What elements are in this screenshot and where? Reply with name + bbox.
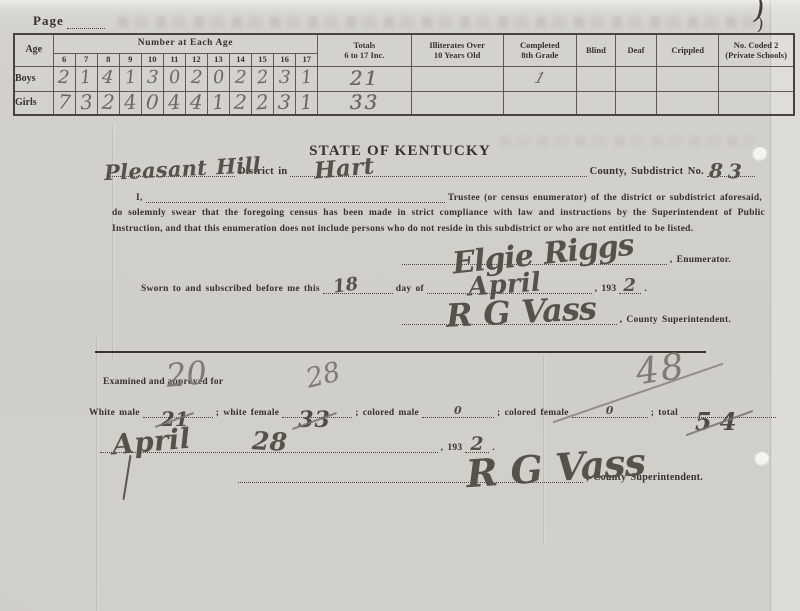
header-line: 8th Grade bbox=[504, 50, 576, 60]
age-col: 7 bbox=[75, 53, 97, 66]
age-count-cell: 2 bbox=[252, 66, 274, 91]
signature-descender-stroke bbox=[122, 455, 131, 500]
date-blank: April 28 bbox=[100, 441, 438, 453]
blind-cell bbox=[576, 91, 615, 115]
page-label: Page bbox=[30, 13, 67, 29]
header-line: (Private Schools) bbox=[719, 50, 793, 60]
handwritten-count: 1 bbox=[80, 69, 93, 88]
superintendent-line-bottom: R G Vass , County Superintendent. bbox=[238, 471, 706, 483]
colored-male-blank: 0 bbox=[422, 406, 494, 418]
age-count-cell: 3 bbox=[75, 91, 97, 115]
age-count-cell: 2 bbox=[53, 66, 75, 91]
age-count-cell: 0 bbox=[207, 66, 229, 91]
white-female-blank: 33 bbox=[282, 406, 352, 418]
header-line: Totals bbox=[318, 40, 410, 50]
col-header-age: Age bbox=[14, 34, 53, 66]
header-line: Illiterates Over bbox=[412, 40, 503, 50]
total-label: ; total bbox=[648, 408, 681, 418]
age-count-cell: 4 bbox=[185, 91, 207, 115]
approval-day-handwriting: 28 bbox=[251, 428, 288, 455]
page-number-row: Page bbox=[30, 13, 105, 29]
period: . bbox=[641, 284, 650, 294]
fold-line bbox=[96, 335, 97, 611]
row-label: Boys bbox=[14, 66, 53, 91]
year-digit-blank: 2 bbox=[619, 282, 641, 294]
handwritten-count: 4 bbox=[167, 91, 181, 112]
oath-i-label: I, bbox=[133, 193, 146, 203]
superintendent-label: , County Superintendent. bbox=[617, 315, 734, 325]
white-male-blank: 21 bbox=[143, 406, 213, 418]
blind-cell bbox=[576, 66, 615, 91]
handwritten-count: 0 bbox=[168, 69, 181, 88]
col-header-crippled: Crippled bbox=[657, 34, 719, 66]
handwritten-count: 3 bbox=[146, 69, 159, 88]
col-header-completed-8th: Completed8th Grade bbox=[503, 34, 576, 66]
day-of-label: day of bbox=[393, 284, 427, 294]
handwritten-count: 1 bbox=[299, 91, 313, 112]
handwritten-count: 0 bbox=[145, 91, 159, 112]
enumerator-label: , Enumerator. bbox=[667, 255, 734, 265]
year-printed: , 193 bbox=[438, 443, 466, 453]
handwritten-count: 2 bbox=[233, 91, 247, 112]
handwritten-count: 2 bbox=[234, 69, 247, 88]
crippled-cell bbox=[657, 66, 719, 91]
white-male-label: White male bbox=[86, 408, 143, 418]
age-col: 11 bbox=[163, 53, 185, 66]
age-count-cell: 2 bbox=[97, 91, 119, 115]
age-col: 16 bbox=[274, 53, 296, 66]
oath-line1-text: Trustee (or census enumerator) of the di… bbox=[445, 193, 765, 203]
age-count-cell: 0 bbox=[141, 91, 163, 115]
age-col: 15 bbox=[252, 53, 274, 66]
bleed-through-text bbox=[118, 16, 763, 28]
superintendent-signature: R G Vass bbox=[445, 292, 596, 332]
colored-male-label: ; colored male bbox=[352, 408, 422, 418]
trustee-name-blank bbox=[146, 191, 445, 203]
county-subdistrict-label: County, Subdistrict No. bbox=[587, 166, 707, 177]
counts-line: White male 21 ; white female 33 ; colore… bbox=[86, 406, 741, 418]
age-col: 14 bbox=[229, 53, 251, 66]
handwritten-count: 1 bbox=[124, 69, 137, 88]
coded-cell bbox=[719, 66, 794, 91]
county-name-blank: Hart bbox=[290, 165, 586, 177]
age-count-cell: 2 bbox=[229, 91, 251, 115]
handwritten-count: 3 bbox=[278, 69, 291, 88]
age-count-cell: 1 bbox=[75, 66, 97, 91]
col-header-totals: Totals6 to 17 Inc. bbox=[318, 34, 411, 66]
handwritten-count: 4 bbox=[123, 91, 137, 112]
white-female-label: ; white female bbox=[213, 408, 282, 418]
crippled-cell bbox=[657, 91, 719, 115]
section-divider bbox=[95, 351, 706, 353]
page-number-blank bbox=[67, 17, 105, 29]
colored-female-blank: 0 bbox=[572, 406, 648, 418]
colored-female-label: ; colored female bbox=[494, 408, 572, 418]
header-line: 10 Years Old bbox=[412, 50, 503, 60]
age-col: 9 bbox=[119, 53, 141, 66]
handwritten-count: 2 bbox=[255, 91, 269, 112]
year-digit-handwriting: 2 bbox=[623, 277, 636, 295]
district-name-blank: Pleasant Hill bbox=[110, 165, 235, 177]
superintendent-signature: R G Vass bbox=[465, 443, 646, 493]
coded-cell bbox=[719, 91, 794, 115]
age-count-cell: 2 bbox=[252, 91, 274, 115]
age-col: 12 bbox=[185, 53, 207, 66]
age-count-cell: 1 bbox=[296, 66, 318, 91]
col-header-no-coded: No. Coded 2(Private Schools) bbox=[719, 34, 794, 66]
age-count-cell: 3 bbox=[274, 91, 296, 115]
sworn-day-handwriting: 18 bbox=[332, 275, 360, 296]
age-count-cell: 4 bbox=[119, 91, 141, 115]
handwritten-count: 2 bbox=[190, 69, 203, 88]
colored-female-count: 0 bbox=[606, 405, 614, 416]
age-count-cell: 1 bbox=[296, 91, 318, 115]
handwritten-count: 2 bbox=[101, 91, 115, 112]
superintendent-signature-blank: R G Vass bbox=[402, 313, 617, 325]
completed-8th-cell: 1 bbox=[503, 66, 576, 91]
total-blank: 54 bbox=[681, 406, 776, 418]
white-female-count: 33 bbox=[298, 409, 331, 431]
census-table: Age Number at Each Age Totals6 to 17 Inc… bbox=[13, 33, 795, 116]
age-col: 10 bbox=[141, 53, 163, 66]
row-label: Girls bbox=[14, 91, 53, 115]
handwritten-count: 1 bbox=[211, 91, 225, 112]
district-line: Pleasant Hill District in Hart County, S… bbox=[110, 165, 755, 177]
handwritten-count: 1 bbox=[300, 69, 313, 88]
col-header-illiterates: Illiterates Over10 Years Old bbox=[411, 34, 503, 66]
handwritten-total: 33 bbox=[350, 90, 379, 114]
superintendent-signature-blank: R G Vass bbox=[238, 471, 583, 483]
age-count-cell: 2 bbox=[185, 66, 207, 91]
age-count-cell: 0 bbox=[163, 66, 185, 91]
sworn-day-blank: 18 bbox=[323, 282, 393, 294]
enumerator-signature-blank: Elgie Riggs bbox=[402, 253, 667, 265]
age-col: 17 bbox=[296, 53, 318, 66]
colored-male-count: 0 bbox=[454, 405, 462, 416]
completed-8th-cell bbox=[503, 91, 576, 115]
table-row-girls: Girls 7 3 2 4 0 4 4 1 2 2 3 1 33 bbox=[14, 91, 794, 115]
age-col: 13 bbox=[207, 53, 229, 66]
col-header-deaf: Deaf bbox=[615, 34, 656, 66]
handwritten-count: 7 bbox=[57, 91, 71, 112]
year-printed: , 193 bbox=[592, 284, 620, 294]
pencil-correction-28: 28 bbox=[303, 358, 343, 393]
age-count-cell: 7 bbox=[53, 91, 75, 115]
age-col: 6 bbox=[53, 53, 75, 66]
age-count-cell: 3 bbox=[141, 66, 163, 91]
handwritten-count: 4 bbox=[189, 91, 203, 112]
age-count-cell: 2 bbox=[229, 66, 251, 91]
sworn-prefix: Sworn to and subscribed before me this bbox=[138, 284, 323, 294]
age-count-cell: 1 bbox=[207, 91, 229, 115]
oath-line-3: Instruction, and that this enumeration d… bbox=[112, 224, 765, 234]
table-header-row: Age Number at Each Age Totals6 to 17 Inc… bbox=[14, 34, 794, 53]
subdistrict-no-blank: 83 bbox=[707, 165, 755, 177]
district-name-handwriting: Pleasant Hill bbox=[104, 154, 262, 183]
oath-line-2: do solemnly swear that the foregoing cen… bbox=[112, 208, 765, 218]
deaf-cell bbox=[615, 66, 656, 91]
col-header-number-at-each-age: Number at Each Age bbox=[53, 34, 318, 53]
handwritten-count: 4 bbox=[102, 69, 115, 88]
approval-month-handwriting: April bbox=[111, 425, 192, 460]
total-cell: 21 bbox=[318, 66, 411, 91]
deaf-cell bbox=[615, 91, 656, 115]
handwritten-count: 2 bbox=[256, 69, 269, 88]
age-count-cell: 1 bbox=[119, 66, 141, 91]
illiterates-cell bbox=[411, 66, 503, 91]
age-count-cell: 3 bbox=[274, 66, 296, 91]
subdistrict-no-handwriting: 83 bbox=[709, 160, 748, 181]
handwritten-count: 0 bbox=[212, 69, 225, 88]
total-cell: 33 bbox=[318, 91, 411, 115]
age-col: 8 bbox=[97, 53, 119, 66]
scanned-census-form: ) ) Page Age Number at Each Age Totals6 … bbox=[0, 0, 800, 611]
table-row-boys: Boys 2 1 4 1 3 0 2 0 2 2 3 1 21 1 bbox=[14, 66, 794, 91]
col-header-blind: Blind bbox=[576, 34, 615, 66]
total-count: 54 bbox=[695, 410, 744, 434]
hole-punch-bottom bbox=[754, 450, 770, 466]
pencil-correction-20: 20 bbox=[165, 356, 208, 391]
header-line: No. Coded 2 bbox=[719, 40, 793, 50]
superintendent-line-mid: R G Vass , County Superintendent. bbox=[402, 313, 734, 325]
oath-line-1: I, Trustee (or census enumerator) of the… bbox=[133, 191, 765, 203]
age-count-cell: 4 bbox=[163, 91, 185, 115]
state-heading: STATE OF KENTUCKY bbox=[0, 143, 800, 160]
county-name-handwriting: Hart bbox=[313, 154, 375, 182]
handwritten-count: 2 bbox=[58, 69, 71, 88]
handwritten-count: 3 bbox=[278, 91, 292, 112]
header-line: Completed bbox=[504, 40, 576, 50]
header-line: 6 to 17 Inc. bbox=[318, 50, 410, 60]
approval-date-line: April 28 , 193 2 . bbox=[100, 441, 498, 453]
handwritten-total: 21 bbox=[350, 66, 379, 90]
handwritten-tally: 1 bbox=[533, 71, 547, 86]
enumerator-line: Elgie Riggs , Enumerator. bbox=[402, 253, 734, 265]
handwritten-count: 3 bbox=[79, 91, 93, 112]
illiterates-cell bbox=[411, 91, 503, 115]
age-count-cell: 4 bbox=[97, 66, 119, 91]
corner-pen-mark-icon: ) bbox=[756, 17, 764, 35]
